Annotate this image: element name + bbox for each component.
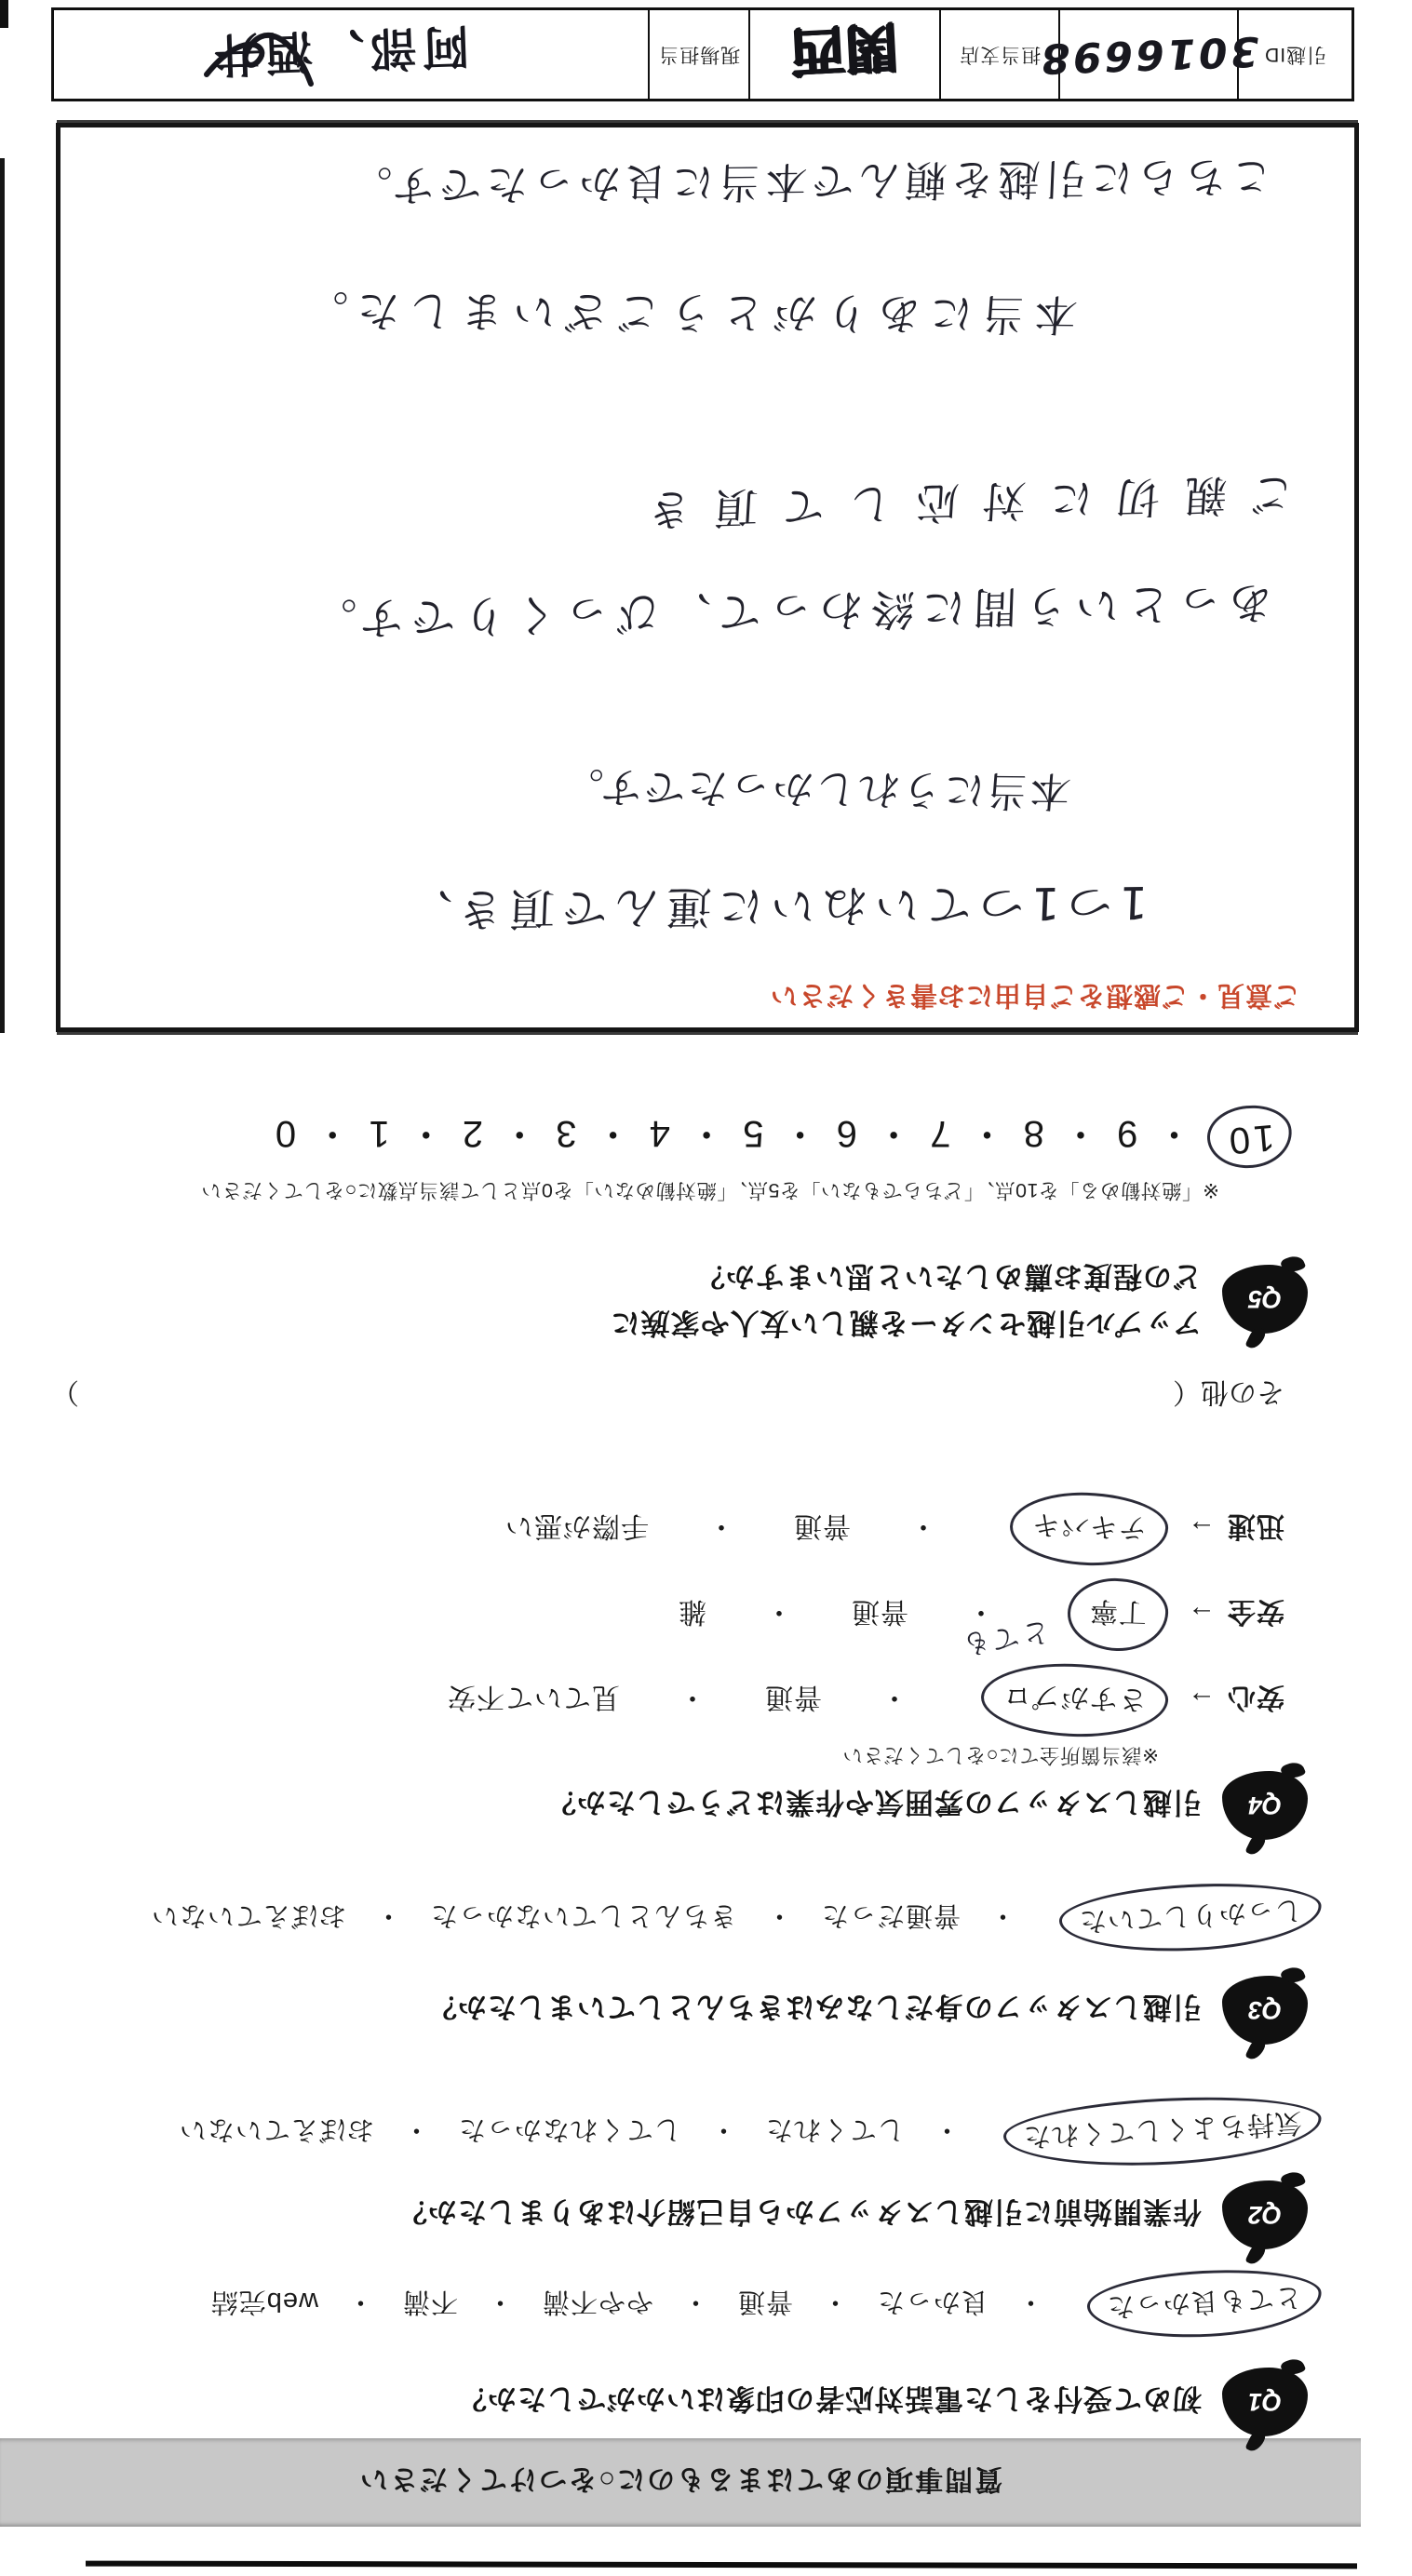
q4-anshin-other-options: ・ 普通 ・ 見ていて不安 <box>447 1680 966 1721</box>
q4-head: Q4 引越しスタッフの雰囲気や作業はどうでしたか？ <box>0 1771 1308 1840</box>
handwritten-moving-id: 3016698 <box>1035 27 1262 82</box>
q2-other-options: ・ してくれた ・ してくれなかった ・ おぼえていない <box>179 2113 988 2152</box>
question-5: Q5 アップル引越センターを親しい友人や家族に どの程度お薦めしたいと思いますか… <box>0 1096 1412 1346</box>
q3-title: 引越しスタッフの身だしなみはきちんとしていましたか？ <box>427 1990 1202 2032</box>
question-1: Q1 初めて受付をした電話対応者の印象はいかがでしたか？ とても良かった ・ 良… <box>0 2263 1412 2436</box>
q4-other-close-paren: ） <box>51 1375 79 1415</box>
signature-flourish-stroke <box>194 13 324 91</box>
q3-circled-answer: しっかりしていた <box>1057 1878 1323 1958</box>
branch-value-cell: 関西 <box>748 10 939 99</box>
q1-bird-badge-icon: Q1 <box>1222 2368 1308 2436</box>
q5-scale-rest: ・ 9 ・ 8 ・ 7 ・ 6 ・ 5 ・ 4 ・ 3 ・ 2 ・ 1 ・ 0 <box>272 1111 1193 1164</box>
survey-sheet-upside-down: 質問事項のあてはまるものに○をつけてください Q1 初めて受付をした電話対応者の… <box>0 0 1412 2576</box>
handwritten-comment-line-4: ご親切に対応して頂き <box>622 465 1296 544</box>
handwritten-comment-line-3: あっという間に終わって、びっくりです。 <box>304 574 1274 653</box>
q2-head: Q2 作業開始前に引越しスタッフから自己紹介はありましたか？ <box>0 2180 1308 2249</box>
form-title: 質問事項のあてはまるものに○をつけてください <box>358 2462 1002 2503</box>
handwritten-comment-line-2: 本当にうれしかったです。 <box>558 760 1072 825</box>
q4-row-anzen: 安全 → 丁寧 ・ 普通 ・ 雑 とても <box>0 1572 1284 1657</box>
form-title-bar: 質問事項のあてはまるものに○をつけてください <box>0 2438 1361 2527</box>
q3-bird-badge-icon: Q3 <box>1222 1976 1308 2045</box>
scan-artifact-left-edge <box>0 158 5 1033</box>
comment-box-heading: ご意見・ご感想をご自由にお書きください <box>770 978 1300 1016</box>
q5-title: アップル引越センターを親しい友人や家族に どの程度お薦めしたいと思いますか？ <box>611 1253 1202 1346</box>
right-arrow-icon: → <box>1187 1513 1216 1545</box>
office-use-table: 引越ID 3016698 担当支店 関西 現場担当 阿部、酒井 <box>51 7 1354 101</box>
q2-circled-answer: 気持ちよくしてくれた <box>1002 2091 1323 2174</box>
question-4: Q4 引越しスタッフの雰囲気や作業はどうでしたか？ ※該当箇所全てに○をしてくだ… <box>0 1367 1412 1840</box>
q2-options: 気持ちよくしてくれた ・ してくれた ・ してくれなかった ・ おぼえていない <box>0 2091 1324 2173</box>
q5-head: Q5 アップル引越センターを親しい友人や家族に どの程度お薦めしたいと思いますか… <box>0 1253 1308 1346</box>
q1-other-options: ・ 良かった ・ 普通 ・ やや不満 ・ 不満 ・ web完結 <box>210 2286 1072 2324</box>
q5-note: ※「絶対勧める」を10点、「どちらでもない」を5点、「絶対勧めない」を0点として… <box>0 1178 1219 1206</box>
question-2: Q2 作業開始前に引越しスタッフから自己紹介はありましたか？ 気持ちよくしてくれ… <box>0 2091 1412 2249</box>
q4-anzen-circled-answer: 丁寧 <box>1067 1576 1170 1653</box>
handwritten-comment-line-5: 本当にありがとうございました。 <box>293 283 1080 348</box>
q5-bird-badge-icon: Q5 <box>1222 1265 1308 1334</box>
q2-badge-label: Q2 <box>1248 2201 1282 2230</box>
staff-label-cell: 現場担当 <box>648 10 748 99</box>
q4-row-jinsoku: 迅速 → テキパキ ・ 普通 ・ 手際が悪い <box>0 1486 1284 1572</box>
q4-other-label: その他（ <box>1173 1375 1284 1415</box>
scan-artifact-corner-mark <box>0 0 8 28</box>
q4-bird-badge-icon: Q4 <box>1222 1771 1308 1840</box>
right-arrow-icon: → <box>1187 1684 1216 1716</box>
q4-row-anzen-label: 安全 <box>1227 1594 1284 1635</box>
q4-jinsoku-other-options: ・ 普通 ・ 手際が悪い <box>504 1509 995 1550</box>
right-arrow-icon: → <box>1187 1599 1216 1630</box>
q1-circled-answer: とても良かった <box>1085 2265 1323 2343</box>
q4-row-anshin: 安心 → さすがプロ ・ 普通 ・ 見ていて不安 <box>0 1657 1284 1743</box>
q4-note: ※該当箇所全てに○をしてください <box>0 1743 1159 1771</box>
q1-options: とても良かった ・ 良かった ・ 普通 ・ やや不満 ・ 不満 ・ web完結 <box>0 2263 1324 2345</box>
branch-label-cell: 担当支店 <box>939 10 1058 99</box>
q4-title: 引越しスタッフの雰囲気や作業はどうでしたか？ <box>546 1785 1202 1827</box>
q2-bird-badge-icon: Q2 <box>1222 2180 1308 2249</box>
q4-row-jinsoku-label: 迅速 <box>1227 1509 1284 1550</box>
q4-jinsoku-circled-answer: テキパキ <box>1009 1490 1170 1568</box>
q1-title: 初めて受付をした電話対応者の印象はいかがでしたか？ <box>457 2381 1202 2423</box>
moving-id-value-cell: 3016698 <box>1058 10 1237 99</box>
q3-head: Q3 引越しスタッフの身だしなみはきちんとしていましたか？ <box>0 1976 1308 2045</box>
q3-other-options: ・ 普通だった ・ きちんとしていなかった ・ おぼえていない <box>151 1899 1044 1938</box>
handwritten-comment-line-1: 1つ1つていねいに運んで頂き、 <box>398 874 1149 946</box>
q2-title: 作業開始前に引越しスタッフから自己紹介はありましたか？ <box>397 2194 1202 2236</box>
q5-nps-scale: 10 ・ 9 ・ 8 ・ 7 ・ 6 ・ 5 ・ 4 ・ 3 ・ 2 ・ 1 ・… <box>0 1096 1294 1178</box>
q3-badge-label: Q3 <box>1248 1996 1282 2025</box>
q4-anshin-circled-answer: さすがプロ <box>980 1661 1170 1740</box>
q5-badge-label: Q5 <box>1248 1285 1282 1314</box>
q1-badge-label: Q1 <box>1248 2388 1282 2417</box>
staff-label: 現場担当 <box>658 43 740 67</box>
q4-badge-label: Q4 <box>1248 1791 1282 1820</box>
staff-value-cell: 阿部、酒井 <box>54 10 648 99</box>
comment-box: ご意見・ご感想をご自由にお書きください 1つ1つていねいに運んで頂き、 本当にう… <box>56 123 1359 1032</box>
handwritten-branch-name: 関西 <box>789 13 901 97</box>
moving-id-label: 引越ID <box>1264 43 1326 67</box>
q1-head: Q1 初めて受付をした電話対応者の印象はいかがでしたか？ <box>0 2368 1308 2436</box>
q3-options: しっかりしていた ・ 普通だった ・ きちんとしていなかった ・ おぼえていない <box>0 1877 1324 1959</box>
question-3: Q3 引越しスタッフの身だしなみはきちんとしていましたか？ しっかりしていた ・… <box>0 1877 1412 2045</box>
handwritten-comment-line-6: こちらに引越を頼んで本当に良かったです。 <box>343 150 1273 220</box>
q5-title-line2: どの程度お薦めしたいと思いますか？ <box>611 1253 1202 1299</box>
scanned-survey-page: 質問事項のあてはまるものに○をつけてください Q1 初めて受付をした電話対応者の… <box>0 0 1412 2576</box>
q5-title-line1: アップル引越センターを親しい友人や家族に <box>611 1299 1202 1346</box>
q4-row-anshin-label: 安心 <box>1227 1680 1284 1721</box>
q5-circled-score: 10 <box>1205 1103 1295 1173</box>
branch-label: 担当支店 <box>959 43 1041 67</box>
q4-other-row: その他（ ） <box>51 1367 1284 1423</box>
